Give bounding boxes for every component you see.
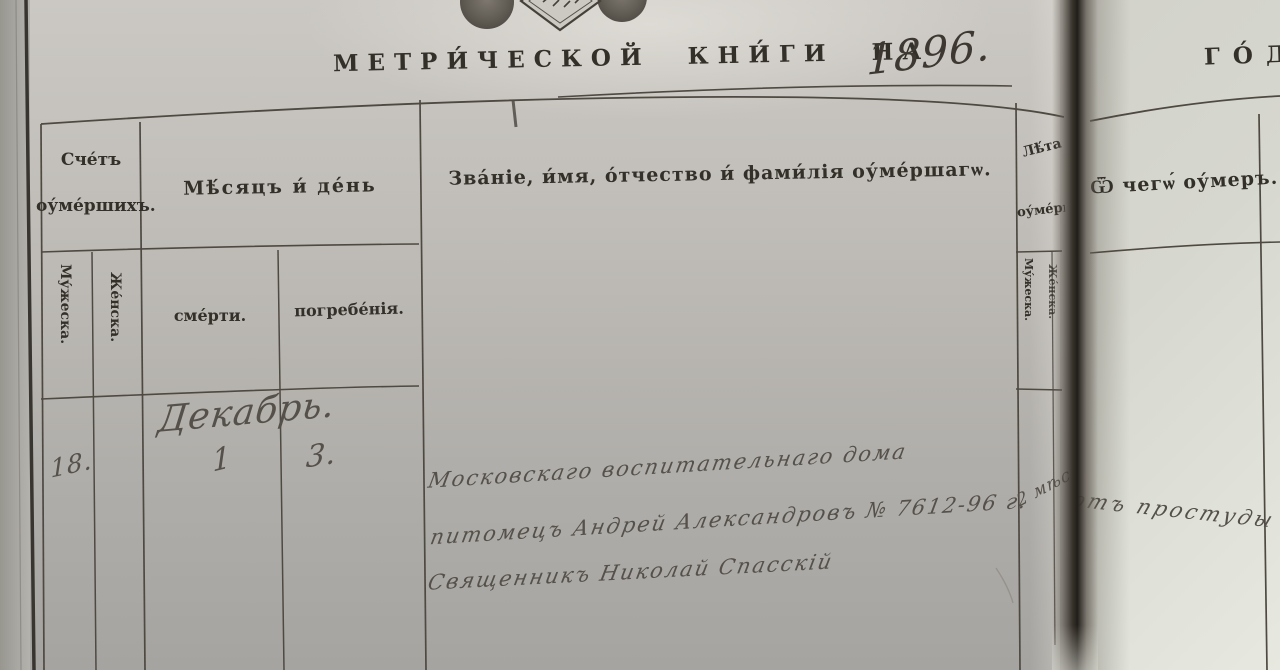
entry-death-day: 1 [212, 439, 233, 480]
wax-seal-right-icon [597, 0, 647, 22]
subheader-death: сме́рти. [148, 306, 272, 325]
book-fold-gutter [1052, 0, 1098, 670]
metrical-book-photo: МЕТРИ́ЧЕСКОЙ КНИ́ГИ НА 1896. ГО́Д Сче́тъ… [0, 0, 1280, 670]
subheader-age-male: Му́жеска. [1022, 258, 1035, 368]
ink-smudge [513, 100, 516, 127]
page-edge-line-faint [16, 0, 21, 670]
header-month-day: Мѣ́сяцъ и́ де́нь [150, 174, 410, 201]
right-header-line [1090, 242, 1280, 253]
wax-seal-left-icon [460, 0, 514, 29]
right-page-title: ГО́Д [1204, 40, 1280, 70]
right-column-divider [1259, 114, 1267, 670]
subheader-count-female: Же́нска. [107, 272, 123, 397]
page-edge-line [26, 0, 34, 670]
header-count-line1: Сче́тъ [55, 150, 127, 170]
book-fold-fade [1052, 625, 1098, 670]
right-table-top-border [1090, 96, 1280, 121]
subheader-count-male: Му́жеска. [57, 264, 73, 394]
diamond-stamp-icon [521, 0, 600, 30]
divider-month-name [420, 100, 426, 670]
table-top-border [41, 97, 1064, 124]
header-row-line [41, 244, 419, 252]
entry-burial-day: 3. [305, 436, 338, 476]
year-underline [558, 85, 1012, 97]
divider-name-age [1016, 103, 1020, 670]
subheader-burial: погребе́нія. [284, 298, 414, 320]
header-count-line2: оу́ме́ршихъ. [36, 196, 142, 216]
crease-line [996, 568, 1013, 603]
divider-male-female [92, 252, 96, 670]
